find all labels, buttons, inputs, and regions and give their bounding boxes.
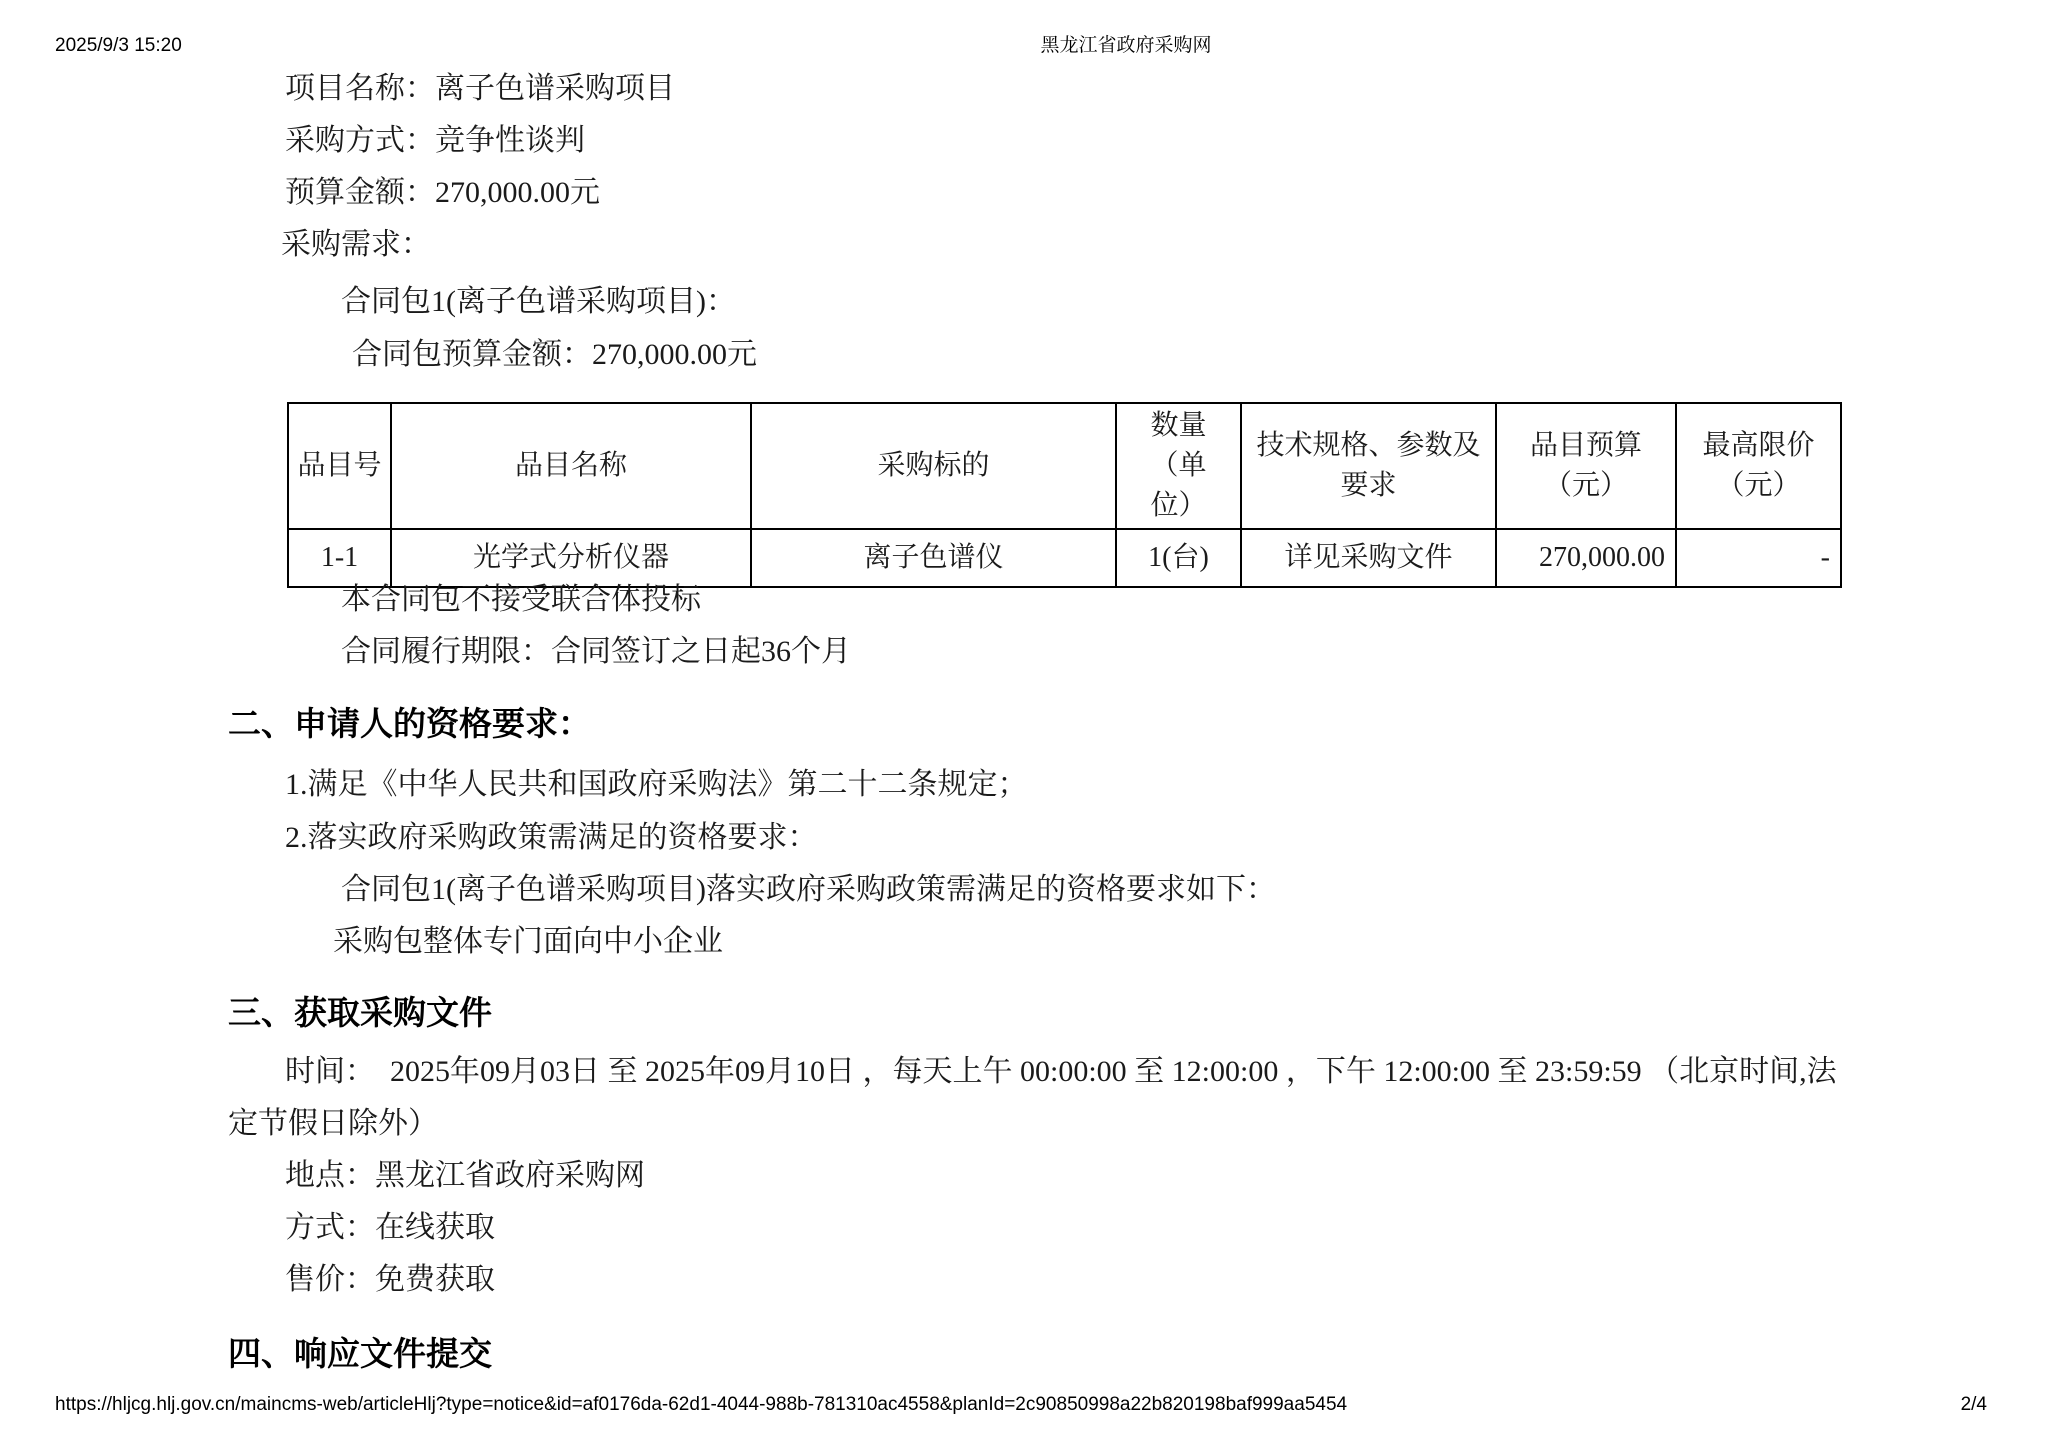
col-header-item-no: 品目号 <box>288 403 391 529</box>
section2-item2: 2.落实政府采购政策需满足的资格要求： <box>285 812 818 864</box>
section2-package-requirement-intro: 合同包1(离子色谱采购项目)落实政府采购政策需满足的资格要求如下： <box>341 864 1276 916</box>
cell-spec: 详见采购文件 <box>1241 529 1496 587</box>
section3-price-line: 售价：免费获取 <box>285 1254 495 1306</box>
print-page: 2025/9/3 15:20 黑龙江省政府采购网 项目名称：离子色谱采购项目 采… <box>0 0 2048 1447</box>
section4-heading: 四、响应文件提交 <box>228 1327 492 1383</box>
print-page-indicator: 2/4 <box>1961 1393 1987 1417</box>
col-header-price-limit: 最高限价 （元） <box>1676 403 1841 529</box>
cell-quantity: 1(台) <box>1116 529 1241 587</box>
contract-period-note: 合同履行期限：合同签订之日起36个月 <box>341 626 851 678</box>
col-header-item-name: 品目名称 <box>391 403 751 529</box>
items-table-header-row: 品目号 品目名称 采购标的 数量（单 位） 技术规格、参数及 要求 品目预算 （… <box>288 403 1841 529</box>
cell-subject: 离子色谱仪 <box>751 529 1116 587</box>
col-header-spec: 技术规格、参数及 要求 <box>1241 403 1496 529</box>
package-budget-line: 合同包预算金额：270,000.00元 <box>352 329 757 381</box>
procurement-method-line: 采购方式：竞争性谈判 <box>285 115 585 167</box>
section3-heading: 三、获取采购文件 <box>228 986 492 1042</box>
col-header-quantity: 数量（单 位） <box>1116 403 1241 529</box>
no-consortium-note: 本合同包不接受联合体投标 <box>341 574 701 626</box>
section2-item1: 1.满足《中华人民共和国政府采购法》第二十二条规定； <box>285 759 1028 811</box>
col-header-subject: 采购标的 <box>751 403 1116 529</box>
col-header-item-budget: 品目预算 （元） <box>1496 403 1676 529</box>
print-footer-url: https://hljcg.hlj.gov.cn/maincms-web/art… <box>55 1393 1347 1417</box>
budget-line: 预算金额：270,000.00元 <box>285 167 600 219</box>
section3-location-line: 地点：黑龙江省政府采购网 <box>285 1150 645 1202</box>
demand-label: 采购需求： <box>281 219 431 271</box>
print-datetime: 2025/9/3 15:20 <box>55 34 182 58</box>
print-site-title: 黑龙江省政府采购网 <box>1040 34 1211 58</box>
project-name-line: 项目名称：离子色谱采购项目 <box>285 63 675 115</box>
cell-price-limit: - <box>1676 529 1841 587</box>
cell-item-budget: 270,000.00 <box>1496 529 1676 587</box>
items-table: 品目号 品目名称 采购标的 数量（单 位） 技术规格、参数及 要求 品目预算 （… <box>287 402 1842 588</box>
section2-heading: 二、申请人的资格要求： <box>228 697 591 753</box>
package-title-line: 合同包1(离子色谱采购项目)： <box>341 276 736 328</box>
section3-method-line: 方式：在线获取 <box>285 1202 495 1254</box>
section2-package-requirement: 采购包整体专门面向中小企业 <box>333 916 723 968</box>
section3-time-line: 时间： 2025年09月03日 至 2025年09月10日 ，每天上午 00:0… <box>228 1046 1848 1150</box>
